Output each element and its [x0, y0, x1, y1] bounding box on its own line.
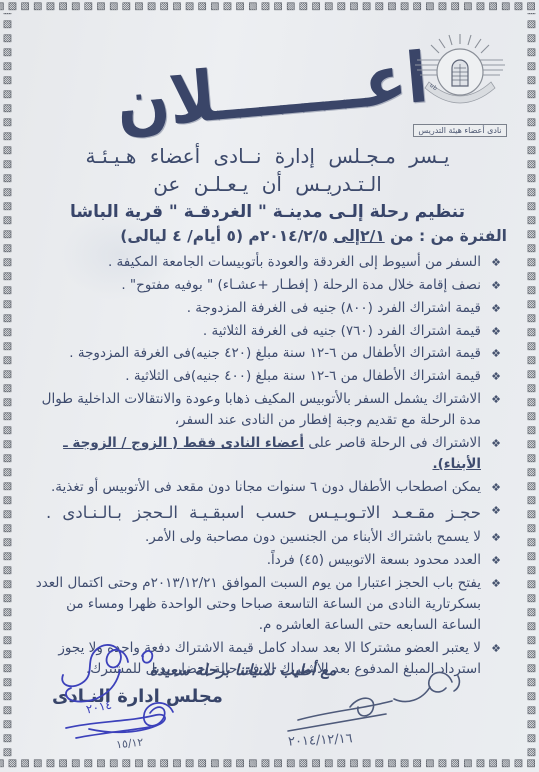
- signature-blue-bottom: [66, 703, 173, 738]
- scanned-announcement-page: ▧▧▧▧▧▧▧▧▧▧▧▧▧▧▧▧▧▧▧▧▧▧▧▧▧▧▧▧▧▧▧▧▧▧▧▧▧▧▧▧…: [0, 0, 539, 772]
- signature-blue-top: [62, 645, 152, 702]
- signatures-layer: [0, 0, 539, 772]
- signature-gray-right: [394, 672, 459, 701]
- signature-gray-middle: [288, 698, 392, 731]
